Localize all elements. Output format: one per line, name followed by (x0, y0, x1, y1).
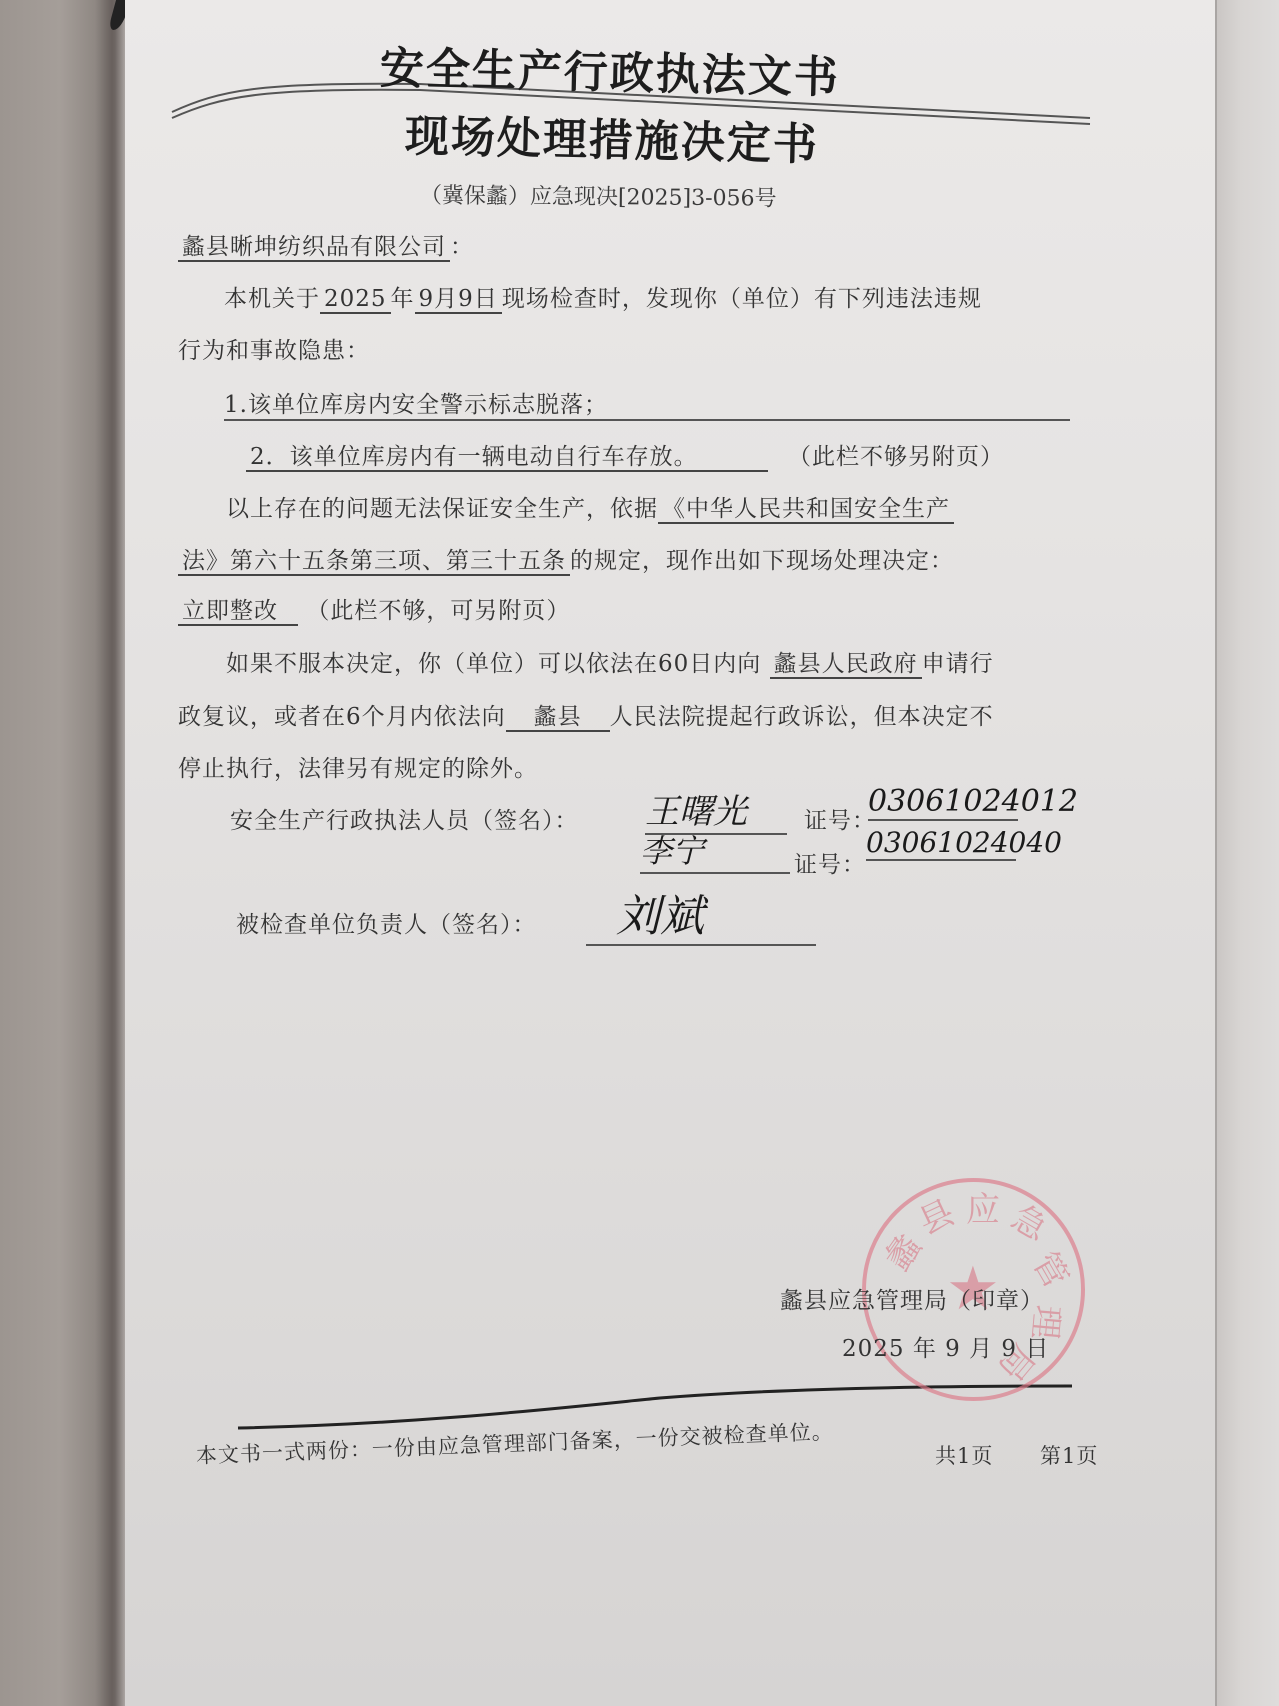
recipient-name: 蠡县晰坤纺织品有限公司 (178, 234, 450, 262)
issue-date: 2025 年 9 月 9 日 (842, 1330, 1049, 1363)
header-title: 安全生产行政执法文书 (379, 32, 840, 106)
decision: 立即整改 (178, 598, 298, 626)
law-reference-1: 《中华人民共和国安全生产 (658, 496, 954, 524)
para3-line1: 如果不服本决定，你（单位）可以依法在60日内向 蠡县人民政府申请行 (226, 645, 994, 678)
para2-line1: 以上存在的问题无法保证安全生产，依据《中华人民共和国安全生产 (226, 490, 954, 523)
decision-note: （此栏不够，可另附页） (306, 598, 570, 624)
law-reference-2: 法》第六十五条第三项、第三十五条 (178, 548, 570, 576)
officer-2-signature: 李宁 (640, 826, 790, 874)
officer-2-cert-label: 证号： (794, 846, 866, 879)
inspection-year: 2025 (320, 286, 391, 314)
issuer: 蠡县应急管理局（印章） (780, 1282, 1044, 1315)
para3-line3: 停止执行，法律另有规定的除外。 (178, 750, 538, 783)
violation-1: 1.该单位库房内安全警示标志脱落； (224, 386, 1070, 421)
violation-2-line: 2．该单位库房内有一辆电动自行车存放。 （此栏不够另附页） (246, 438, 1004, 471)
doc-number: （冀保蠡）应急现决[2025]3-056号 (420, 178, 777, 212)
doc-title: 现场处理措施决定书 (404, 100, 819, 173)
violations-note: （此栏不够另附页） (788, 444, 1004, 470)
review-government: 蠡县人民政府 (770, 651, 922, 679)
officer-2-cert-no: 03061024040 (866, 826, 1016, 861)
page-current: 第1页 (1040, 1440, 1098, 1470)
violation-2: 2．该单位库房内有一辆电动自行车存放。 (246, 444, 768, 472)
court-county: 蠡县 (506, 704, 610, 732)
officers-label: 安全生产行政执法人员（签名）： (230, 802, 579, 835)
inspection-date: 9月9日 (415, 286, 502, 314)
para2-line2: 法》第六十五条第三项、第三十五条的规定，现作出如下现场处理决定： (178, 542, 954, 575)
decision-line: 立即整改 （此栏不够，可另附页） (178, 592, 570, 625)
inspected-label: 被检查单位负责人（签名）： (236, 906, 537, 939)
inspected-signature: 刘斌 (586, 880, 816, 946)
page-total: 共1页 (935, 1440, 993, 1470)
para1-line2: 行为和事故隐患： (178, 332, 370, 365)
officer-1-cert-no: 03061024012 (868, 784, 1018, 821)
para3-line2: 政复议，或者在6个月内依法向蠡县人民法院提起行政诉讼，但本决定不 (178, 698, 994, 731)
recipient-line: 蠡县晰坤纺织品有限公司： (178, 228, 474, 261)
para1-line1: 本机关于2025年9月9日现场检查时，发现你（单位）有下列违法违规 (224, 280, 982, 313)
